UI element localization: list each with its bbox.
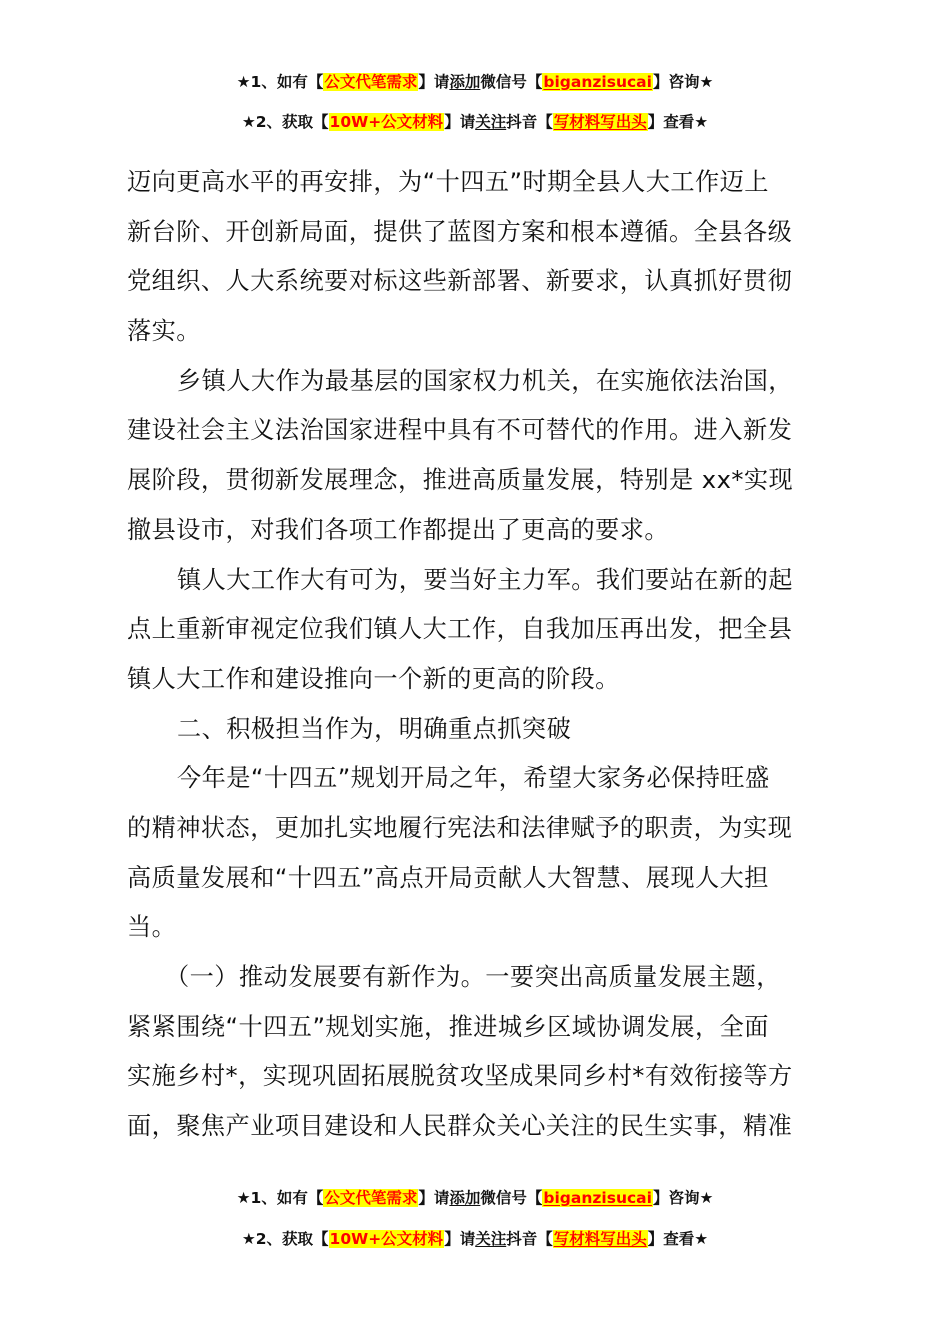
- banner-text: 】请: [444, 1230, 475, 1248]
- banner-text: 2、获取【: [256, 1230, 329, 1248]
- paragraph-start: 今年是“十四五”规划开局之年，希望大家务必保持旺盛: [127, 754, 827, 804]
- star-icon: ★: [694, 1230, 708, 1248]
- banner-text: 2、获取【: [256, 113, 329, 131]
- section-heading: 二、积极担当作为，明确重点抓突破: [127, 705, 827, 755]
- banner-text: 1、如有【: [251, 73, 324, 91]
- underlined-text: 添加: [449, 1189, 480, 1207]
- banner-text: 】咨询: [653, 1189, 700, 1207]
- banner-text: 】请: [418, 1189, 449, 1207]
- body-line: 建设社会主义法治国家进程中具有不可替代的作用。进入新发: [127, 406, 827, 456]
- banner-text: 微信号【: [480, 73, 542, 91]
- star-icon: ★: [237, 73, 251, 91]
- body-line: 迈向更高水平的再安排，为“十四五”时期全县人大工作迈上: [127, 158, 827, 208]
- body-line: 高质量发展和“十四五”高点开局贡献人大智慧、展现人大担: [127, 854, 827, 904]
- body-line: 紧紧围绕“十四五”规划实施，推进城乡区域协调发展，全面: [127, 1003, 827, 1053]
- banner-text: 】查看: [648, 1230, 695, 1248]
- subsection-paragraph: （一）推动发展要有新作为。一要突出高质量发展主题，: [127, 953, 827, 1003]
- body-line: 新台阶、开创新局面，提供了蓝图方案和根本遵循。全县各级: [127, 208, 827, 258]
- banner-text: 】请: [444, 113, 475, 131]
- highlight-service: 公文代笔需求: [323, 73, 418, 91]
- douyin-account[interactable]: 写材料写出头: [553, 1230, 648, 1248]
- banner-text: 微信号【: [480, 1189, 542, 1207]
- star-icon: ★: [699, 1189, 713, 1207]
- star-icon: ★: [242, 113, 256, 131]
- body-line: 党组织、人大系统要对标这些新部署、新要求，认真抓好贯彻: [127, 257, 827, 307]
- star-icon: ★: [699, 73, 713, 91]
- highlight-materials: 10W+公文材料: [329, 113, 445, 131]
- banner-text: 】查看: [648, 113, 695, 131]
- document-body: 迈向更高水平的再安排，为“十四五”时期全县人大工作迈上 新台阶、开创新局面，提供…: [127, 158, 827, 1152]
- body-line: 展阶段，贯彻新发展理念，推进高质量发展，特别是 xx*实现: [127, 456, 827, 506]
- body-line: 点上重新审视定位我们镇人大工作，自我加压再出发，把全县: [127, 605, 827, 655]
- star-icon: ★: [242, 1230, 256, 1248]
- paragraph-start: 镇人大工作大有可为，要当好主力军。我们要站在新的起: [127, 556, 827, 606]
- star-icon: ★: [237, 1189, 251, 1207]
- banner-text: 抖音【: [506, 1230, 553, 1248]
- underlined-text: 关注: [475, 113, 506, 131]
- body-line: 落实。: [127, 307, 827, 357]
- body-line: 实施乡村*，实现巩固拓展脱贫攻坚成果同乡村*有效衔接等方: [127, 1052, 827, 1102]
- underlined-text: 关注: [475, 1230, 506, 1248]
- star-icon: ★: [694, 113, 708, 131]
- body-line: 面，聚焦产业项目建设和人民群众关心关注的民生实事，精准: [127, 1102, 827, 1152]
- underlined-text: 添加: [449, 73, 480, 91]
- douyin-account[interactable]: 写材料写出头: [553, 113, 648, 131]
- footer-banner-line-1: ★1、如有【公文代笔需求】请添加微信号【biganzisucai】咨询★: [0, 1187, 950, 1209]
- paragraph-start: 乡镇人大作为最基层的国家权力机关，在实施依法治国，: [127, 357, 827, 407]
- banner-text: 】请: [418, 73, 449, 91]
- body-line: 当。: [127, 903, 827, 953]
- body-line: 撤县设市，对我们各项工作都提出了更高的要求。: [127, 506, 827, 556]
- footer-banner-line-2: ★2、获取【10W+公文材料】请关注抖音【写材料写出头】查看★: [0, 1228, 950, 1250]
- banner-text: 1、如有【: [251, 1189, 324, 1207]
- banner-text: 抖音【: [506, 113, 553, 131]
- body-line: 的精神状态，更加扎实地履行宪法和法律赋予的职责，为实现: [127, 804, 827, 854]
- header-banner-line-1: ★1、如有【公文代笔需求】请添加微信号【biganzisucai】咨询★: [0, 71, 950, 93]
- header-banner-line-2: ★2、获取【10W+公文材料】请关注抖音【写材料写出头】查看★: [0, 111, 950, 133]
- wechat-id[interactable]: biganzisucai: [542, 1189, 653, 1207]
- wechat-id[interactable]: biganzisucai: [542, 73, 653, 91]
- banner-text: 】咨询: [653, 73, 700, 91]
- body-line: 镇人大工作和建设推向一个新的更高的阶段。: [127, 655, 827, 705]
- highlight-service: 公文代笔需求: [323, 1189, 418, 1207]
- highlight-materials: 10W+公文材料: [329, 1230, 445, 1248]
